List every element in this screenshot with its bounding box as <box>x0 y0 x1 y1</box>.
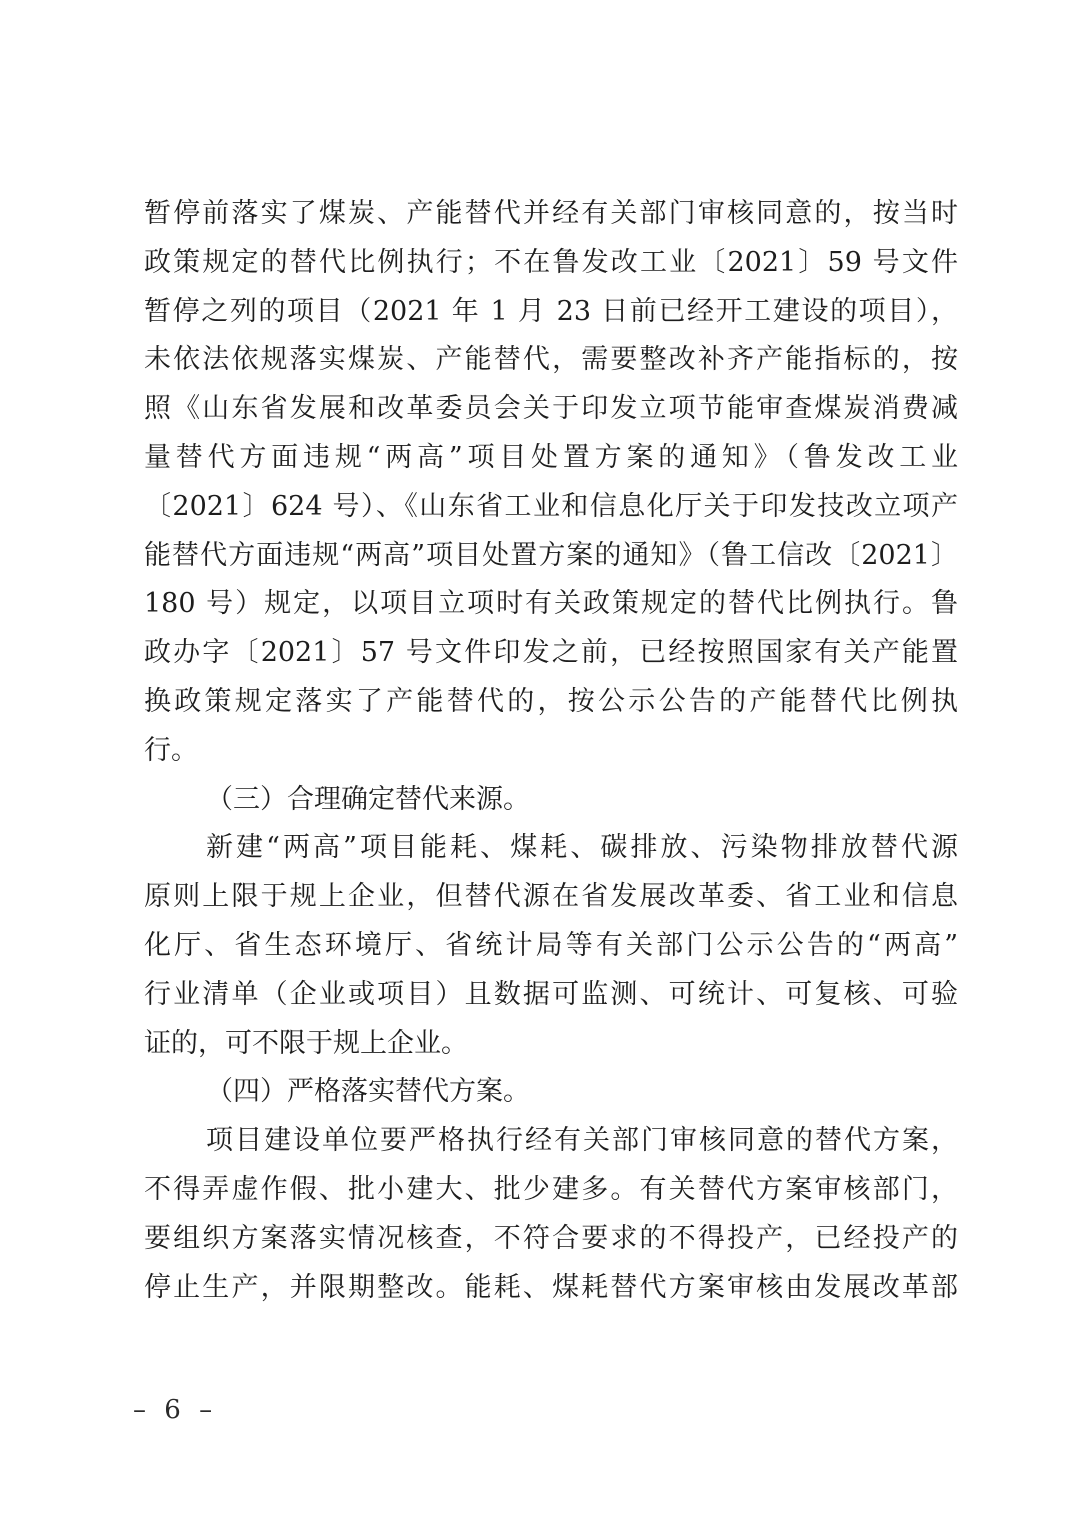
text-line: 政策规定的替代比例执行；不在鲁发改工业〔2021〕59 号文件 <box>144 239 958 288</box>
text-line: 暂停之列的项目（2021 年 1 月 23 日前已经开工建设的项目）， <box>144 288 958 337</box>
section-heading: （三）合理确定替代来源。 <box>144 776 958 825</box>
document-body: 暂停前落实了煤炭、产能替代并经有关部门审核同意的，按当时政策规定的替代比例执行；… <box>144 190 958 1312</box>
text-line: 化厅、省生态环境厅、省统计局等有关部门公示公告的“两高” <box>144 922 958 971</box>
text-line: 停止生产，并限期整改。能耗、煤耗替代方案审核由发展改革部 <box>144 1264 958 1313</box>
text-line: 换政策规定落实了产能替代的，按公示公告的产能替代比例执 <box>144 678 958 727</box>
text-line: 政办字〔2021〕57 号文件印发之前，已经按照国家有关产能置 <box>144 629 958 678</box>
text-line: 项目建设单位要严格执行经有关部门审核同意的替代方案， <box>144 1117 958 1166</box>
text-line: 要组织方案落实情况核查，不符合要求的不得投产，已经投产的 <box>144 1215 958 1264</box>
text-line: 能替代方面违规“两高”项目处置方案的通知》（鲁工信改〔2021〕 <box>144 532 958 581</box>
text-line: 原则上限于规上企业，但替代源在省发展改革委、省工业和信息 <box>144 873 958 922</box>
text-line: 量替代方面违规“两高”项目处置方案的通知》（鲁发改工业 <box>144 434 958 483</box>
text-line: 不得弄虚作假、批小建大、批少建多。有关替代方案审核部门， <box>144 1166 958 1215</box>
text-line: 180 号）规定，以项目立项时有关政策规定的替代比例执行。鲁 <box>144 580 958 629</box>
text-line: 〔2021〕624 号）、《山东省工业和信息化厅关于印发技改立项产 <box>144 483 958 532</box>
text-line: 新建“两高”项目能耗、煤耗、碳排放、污染物排放替代源 <box>144 824 958 873</box>
text-line: 证的，可不限于规上企业。 <box>144 1020 958 1069</box>
text-line: 照《山东省发展和改革委员会关于印发立项节能审查煤炭消费减 <box>144 385 958 434</box>
text-line: 未依法依规落实煤炭、产能替代，需要整改补齐产能指标的，按 <box>144 336 958 385</box>
document-page: 暂停前落实了煤炭、产能替代并经有关部门审核同意的，按当时政策规定的替代比例执行；… <box>0 0 1080 1528</box>
text-line: 行业清单（企业或项目）且数据可监测、可统计、可复核、可验 <box>144 971 958 1020</box>
text-line: 暂停前落实了煤炭、产能替代并经有关部门审核同意的，按当时 <box>144 190 958 239</box>
text-line: 行。 <box>144 727 958 776</box>
section-heading: （四）严格落实替代方案。 <box>144 1068 958 1117</box>
page-number: – 6 – <box>133 1395 217 1425</box>
